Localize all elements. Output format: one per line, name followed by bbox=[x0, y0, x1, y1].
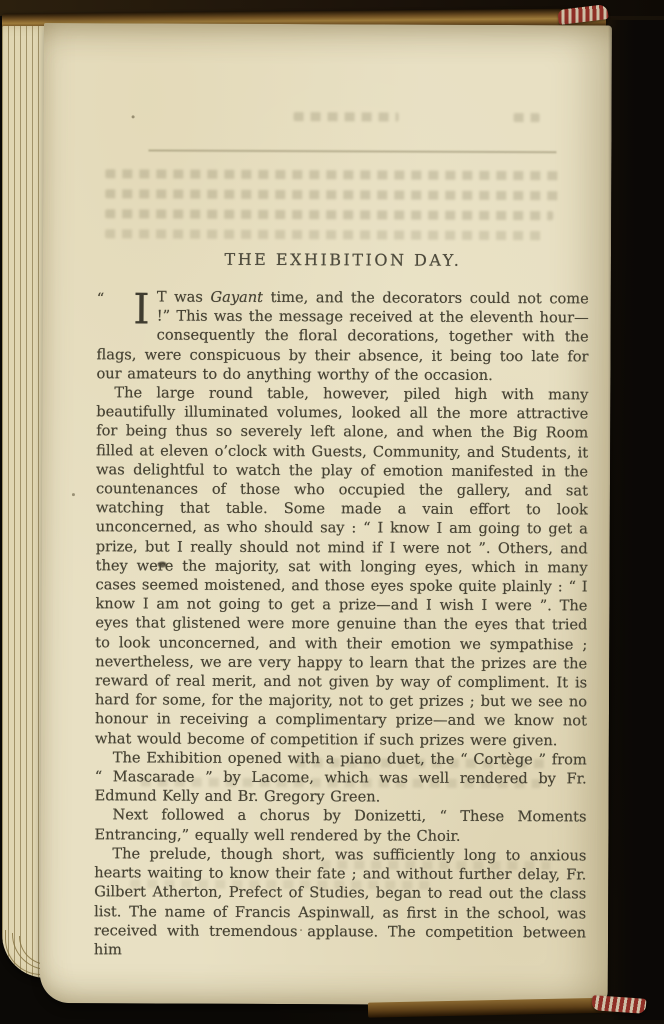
show-through-line bbox=[105, 209, 553, 220]
show-through-line bbox=[294, 112, 399, 121]
paper-speck bbox=[72, 493, 75, 496]
paragraph: The Exhibition opened with a piano duet,… bbox=[95, 748, 587, 808]
scanned-book-photo: THE EXHIBITION DAY. “IT was Gayant time,… bbox=[0, 0, 664, 1024]
gutter-shadow bbox=[608, 20, 664, 1020]
page-edge-lines bbox=[2, 26, 46, 978]
paragraph-text: T was bbox=[157, 288, 211, 305]
italic-word: Gayant bbox=[210, 289, 263, 306]
paragraph: Next followed a chorus by Donizetti, “ T… bbox=[94, 806, 586, 847]
show-through-line bbox=[514, 113, 540, 122]
page-text-block: THE EXHIBITION DAY. “IT was Gayant time,… bbox=[94, 249, 589, 961]
paragraph-first: “IT was Gayant time, and the decorators … bbox=[96, 287, 588, 385]
show-through-line bbox=[105, 189, 560, 200]
show-through-line bbox=[105, 229, 545, 240]
opening-quote: “ bbox=[97, 290, 105, 307]
paragraph: The large round table, however, piled hi… bbox=[95, 383, 589, 750]
show-through-line bbox=[105, 169, 560, 180]
book-page: THE EXHIBITION DAY. “IT was Gayant time,… bbox=[40, 23, 612, 1005]
drop-cap: I bbox=[133, 284, 150, 333]
paragraph: The prelude, though short, was sufficien… bbox=[94, 844, 586, 961]
drop-cap-group: “I bbox=[97, 289, 150, 328]
page-title: THE EXHIBITION DAY. bbox=[97, 249, 589, 270]
show-through-rule bbox=[148, 149, 556, 153]
paper-speck bbox=[132, 115, 135, 118]
